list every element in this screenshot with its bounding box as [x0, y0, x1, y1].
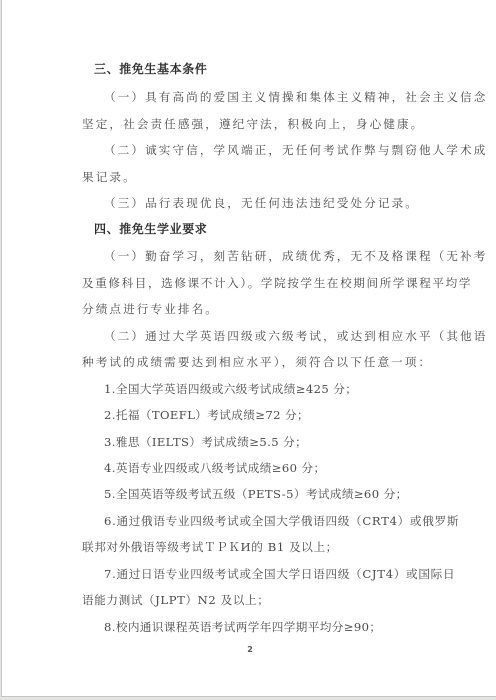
paragraph-line: 种考试的成绩需要达到相应水平），须符合以下任意一项：	[2, 354, 496, 370]
criteria-item-cont: 联邦对外俄语等级考试ＴＰＫИ的 B1 及以上；	[2, 539, 496, 555]
criteria-item: 6.通过俄语专业四级考试或全国大学俄语四级（CRT4）或俄罗斯	[2, 513, 496, 529]
page-number: 2	[2, 645, 496, 654]
paragraph-line: （三）品行表现优良，无任何违法违纪受处分记录。	[2, 195, 496, 211]
section-heading-4: 四、推免生学业要求	[2, 221, 496, 237]
criteria-item: 4.英语专业四级或八级考试成绩≥60 分；	[2, 460, 496, 476]
paragraph-line: （二）诚实守信，学风端正，无任何考试作弊与剽窃他人学术成	[2, 142, 496, 158]
paragraph-line: （一）具有高尚的爱国主义情操和集体主义精神，社会主义信念	[2, 89, 496, 105]
criteria-item: 5.全国英语等级考试五级（PETS-5）考试成绩≥60 分；	[2, 486, 496, 502]
paragraph-line: （一）勤奋学习，刻苦钻研，成绩优秀，无不及格课程（无补考	[2, 248, 496, 264]
criteria-item: 3.雅思（IELTS）考试成绩≥5.5 分；	[2, 434, 496, 450]
paragraph-line: 分绩点进行专业排名。	[2, 301, 496, 317]
paragraph-line: 坚定，社会责任感强，遵纪守法，积极向上，身心健康。	[2, 116, 496, 132]
paragraph-line: （二）通过大学英语四级或六级考试，或达到相应水平（其他语	[2, 328, 496, 344]
criteria-item: 1.全国大学英语四级或六级考试成绩≥425 分；	[2, 381, 496, 397]
criteria-item: 7.通过日语专业四级考试或全国大学日语四级（CJT4）或国际日	[2, 566, 496, 582]
criteria-item: 2.托福（TOEFL）考试成绩≥72 分；	[2, 407, 496, 423]
paragraph-line: 果记录。	[2, 169, 496, 185]
paragraph-line: 及重修科目，选修课不计入）。学院按学生在校期间所学课程平均学	[2, 275, 496, 291]
section-heading-3: 三、推免生基本条件	[2, 61, 496, 77]
criteria-item-cont: 语能力测试（JLPT）N2 及以上；	[2, 592, 496, 608]
document-page: 三、推免生基本条件 （一）具有高尚的爱国主义情操和集体主义精神，社会主义信念 坚…	[1, 0, 496, 697]
criteria-item: 8.校内通识课程英语考试两学年四学期平均分≥90；	[2, 619, 496, 635]
